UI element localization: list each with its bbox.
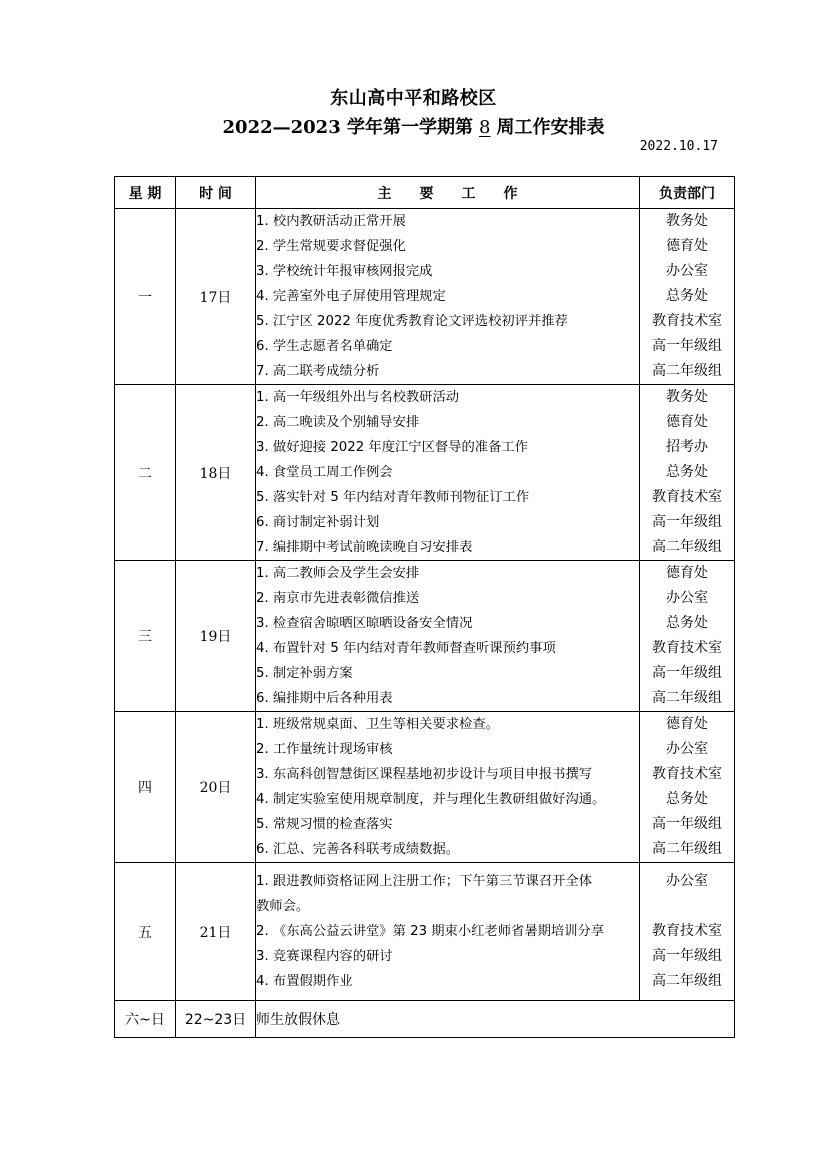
weekday-cell: 三 (115, 561, 176, 712)
department-item: 总务处 (640, 787, 734, 812)
header-department: 负责部门 (640, 177, 735, 209)
task-item: 3. 做好迎接 2022 年度江宁区督导的准备工作 (256, 435, 639, 460)
department-item: 办公室 (640, 586, 734, 611)
table-row-weekend: 六~日 22~23日 师生放假休息 (115, 1001, 735, 1038)
table-row-wednesday: 三 19日 1. 高二教师会及学生会安排 2. 南京市先进表彰微信推送 3. 检… (115, 561, 735, 712)
department-item: 教育技术室 (640, 762, 734, 787)
task-item: 2. 工作量统计现场审核 (256, 737, 639, 762)
task-item: 3. 竞赛课程内容的研讨 (256, 944, 639, 969)
department-item: 招考办 (640, 435, 734, 460)
department-item: 德育处 (640, 712, 734, 737)
task-item: 4. 布置针对 5 年内结对青年教师督查听课预约事项 (256, 636, 639, 661)
header-weekday: 星 期 (115, 177, 176, 209)
department-item: 教务处 (640, 385, 734, 410)
department-item: 教育技术室 (640, 636, 734, 661)
department-item: 总务处 (640, 460, 734, 485)
table-row-monday: 一 17日 1. 校内教研活动正常开展 2. 学生常规要求督促强化 3. 学校统… (115, 209, 735, 385)
schedule-title: 2022—2023 学年第一学期第8周工作安排表 (0, 113, 827, 139)
task-item: 4. 完善室外电子屏使用管理规定 (256, 284, 639, 309)
task-item: 6. 学生志愿者名单确定 (256, 334, 639, 359)
weekday-cell: 五 (115, 863, 176, 1001)
department-item: 教育技术室 (640, 919, 734, 944)
task-item: 4. 制定实验室使用规章制度，并与理化生教研组做好沟通。 (256, 787, 639, 812)
department-spacer (640, 894, 734, 919)
department-item: 高二年级组 (640, 686, 734, 711)
weekday-cell: 一 (115, 209, 176, 385)
tasks-cell: 1. 班级常规桌面、卫生等相关要求检查。 2. 工作量统计现场审核 3. 东高科… (256, 712, 640, 863)
table-row-thursday: 四 20日 1. 班级常规桌面、卫生等相关要求检查。 2. 工作量统计现场审核 … (115, 712, 735, 863)
tasks-cell: 1. 跟进教师资格证网上注册工作；下午第三节课召开全体 教师会。 2. 《东高公… (256, 863, 640, 1001)
task-item: 5. 落实针对 5 年内结对青年教师刊物征订工作 (256, 485, 639, 510)
department-item: 教育技术室 (640, 309, 734, 334)
departments-cell: 办公室 教育技术室 高一年级组 高二年级组 (640, 863, 735, 1001)
departments-cell: 德育处 办公室 教育技术室 总务处 高一年级组 高二年级组 (640, 712, 735, 863)
school-title: 东山高中平和路校区 (0, 84, 827, 110)
department-item: 德育处 (640, 234, 734, 259)
department-item: 总务处 (640, 611, 734, 636)
department-item: 办公室 (640, 737, 734, 762)
task-item: 6. 编排期中后各种用表 (256, 686, 639, 711)
date-cell: 21日 (176, 863, 256, 1001)
week-number: 8 (473, 117, 496, 138)
weekday-cell: 四 (115, 712, 176, 863)
task-item: 1. 跟进教师资格证网上注册工作；下午第三节课召开全体 (256, 869, 639, 894)
date-cell: 20日 (176, 712, 256, 863)
department-item: 德育处 (640, 410, 734, 435)
task-item: 1. 高一年级组外出与名校教研活动 (256, 385, 639, 410)
department-item: 高一年级组 (640, 661, 734, 686)
department-item: 高一年级组 (640, 510, 734, 535)
task-item: 6. 汇总、完善各科联考成绩数据。 (256, 837, 639, 862)
department-item: 高二年级组 (640, 837, 734, 862)
department-item: 高二年级组 (640, 969, 734, 994)
header-time: 时 间 (176, 177, 256, 209)
department-item: 教务处 (640, 209, 734, 234)
weekday-cell: 二 (115, 385, 176, 561)
tasks-cell: 1. 高二教师会及学生会安排 2. 南京市先进表彰微信推送 3. 检查宿舍晾晒区… (256, 561, 640, 712)
task-item: 2. 南京市先进表彰微信推送 (256, 586, 639, 611)
task-item: 5. 江宁区 2022 年度优秀教育论文评选校初评并推荐 (256, 309, 639, 334)
table-header-row: 星 期 时 间 主 要 工 作 负责部门 (115, 177, 735, 209)
task-item: 5. 制定补弱方案 (256, 661, 639, 686)
title-prefix: 2022—2023 学年第一学期第 (223, 117, 473, 138)
department-item: 高一年级组 (640, 944, 734, 969)
department-item: 高二年级组 (640, 359, 734, 384)
task-item: 2. 《东高公益云讲堂》第 23 期束小红老师省暑期培训分享 (256, 919, 639, 944)
task-item: 1. 高二教师会及学生会安排 (256, 561, 639, 586)
date-cell: 18日 (176, 385, 256, 561)
table-row-tuesday: 二 18日 1. 高一年级组外出与名校教研活动 2. 高二晚读及个别辅导安排 3… (115, 385, 735, 561)
task-item: 3. 学校统计年报审核网报完成 (256, 259, 639, 284)
department-item: 高一年级组 (640, 812, 734, 837)
task-item: 7. 编排期中考试前晚读晚自习安排表 (256, 535, 639, 560)
task-item-continued: 教师会。 (256, 894, 639, 919)
department-item: 办公室 (640, 259, 734, 284)
tasks-cell: 1. 校内教研活动正常开展 2. 学生常规要求督促强化 3. 学校统计年报审核网… (256, 209, 640, 385)
date-cell: 22~23日 (176, 1001, 256, 1038)
task-item: 5. 常规习惯的检查落实 (256, 812, 639, 837)
department-item: 高一年级组 (640, 334, 734, 359)
weekday-cell: 六~日 (115, 1001, 176, 1038)
department-item: 总务处 (640, 284, 734, 309)
title-suffix: 周工作安排表 (496, 117, 604, 138)
department-item: 教育技术室 (640, 485, 734, 510)
task-item: 3. 检查宿舍晾晒区晾晒设备安全情况 (256, 611, 639, 636)
task-item: 3. 东高科创智慧街区课程基地初步设计与项目申报书撰写 (256, 762, 639, 787)
date-cell: 17日 (176, 209, 256, 385)
task-item: 6. 商讨制定补弱计划 (256, 510, 639, 535)
departments-cell: 德育处 办公室 总务处 教育技术室 高一年级组 高二年级组 (640, 561, 735, 712)
document-date: 2022.10.17 (640, 139, 718, 154)
task-item: 4. 食堂员工周工作例会 (256, 460, 639, 485)
tasks-cell: 1. 高一年级组外出与名校教研活动 2. 高二晚读及个别辅导安排 3. 做好迎接… (256, 385, 640, 561)
header-main-work: 主 要 工 作 (256, 177, 640, 209)
departments-cell: 教务处 德育处 办公室 总务处 教育技术室 高一年级组 高二年级组 (640, 209, 735, 385)
table-row-friday: 五 21日 1. 跟进教师资格证网上注册工作；下午第三节课召开全体 教师会。 2… (115, 863, 735, 1001)
task-item: 4. 布置假期作业 (256, 969, 639, 994)
department-item: 高二年级组 (640, 535, 734, 560)
department-item: 德育处 (640, 561, 734, 586)
task-item: 7. 高二联考成绩分析 (256, 359, 639, 384)
date-cell: 19日 (176, 561, 256, 712)
task-item: 1. 校内教研活动正常开展 (256, 209, 639, 234)
task-item: 2. 高二晚读及个别辅导安排 (256, 410, 639, 435)
task-item: 2. 学生常规要求督促强化 (256, 234, 639, 259)
schedule-table: 星 期 时 间 主 要 工 作 负责部门 一 17日 1. 校内教研活动正常开展… (114, 176, 735, 1038)
task-item: 1. 班级常规桌面、卫生等相关要求检查。 (256, 712, 639, 737)
departments-cell: 教务处 德育处 招考办 总务处 教育技术室 高一年级组 高二年级组 (640, 385, 735, 561)
holiday-note: 师生放假休息 (256, 1001, 735, 1038)
department-item: 办公室 (640, 869, 734, 894)
